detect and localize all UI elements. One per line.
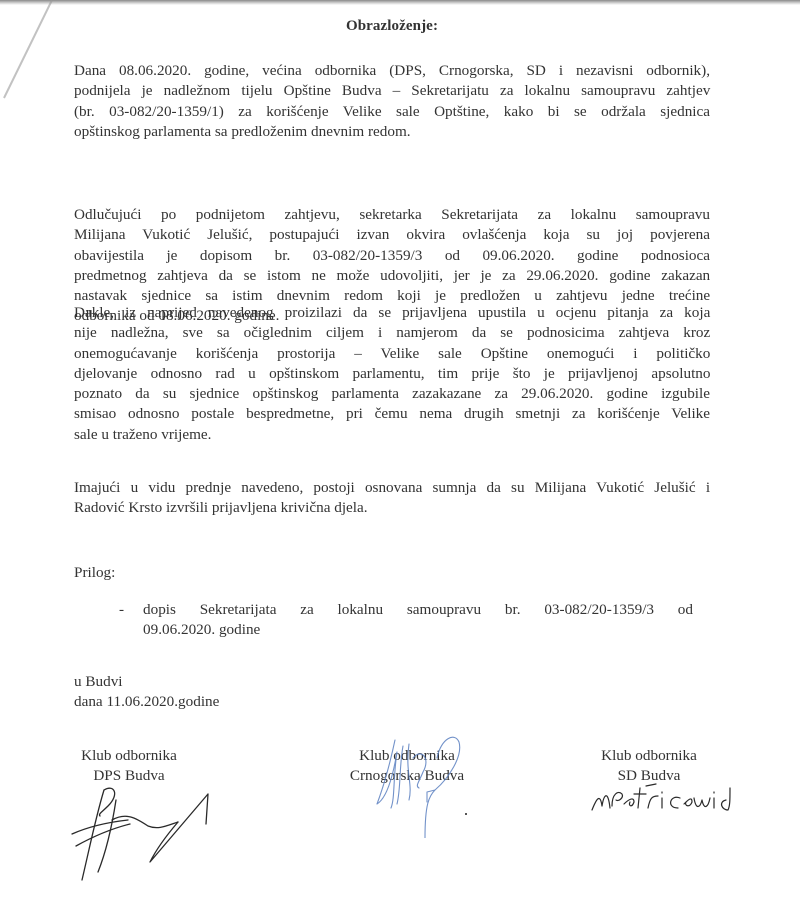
text-line: djelovanje odnosno rad u opštinskom parl… [74, 364, 710, 384]
attachment-label: Prilog: [74, 564, 115, 582]
place: u Budvi [74, 672, 219, 692]
text-line: Dana 08.06.2020. godine, većina odbornik… [74, 61, 710, 81]
text-line: onemogućavanje korišćenja prostorija – V… [74, 344, 710, 364]
text-line: Radović Krsto izvršili prijavljena krivi… [74, 498, 710, 518]
text-line: dopis Sekretarijata za lokalnu samouprav… [143, 600, 693, 620]
text-line: nije nadležna, sve sa očiglednim ciljem … [74, 323, 710, 343]
signatory-sd: Klub odbornika SD Budva [594, 746, 704, 786]
scan-top-edge [0, 0, 800, 5]
text-line: obavijestila je dopisom br. 03-082/20-13… [74, 246, 710, 266]
text-line: sale u traženo vrijeme. [74, 425, 710, 445]
text-line: Odlučujući po podnijetom zahtjevu, sekre… [74, 205, 710, 225]
signatory-line2: Crnogorska Budva [332, 766, 482, 786]
text-line: Dakle, iz naprijed navedenog proizilazi … [74, 303, 710, 323]
signature-dps-icon [70, 776, 230, 886]
scan-fold-line [0, 0, 60, 100]
signatory-dps: Klub odbornika DPS Budva [74, 746, 184, 786]
signatory-line1: Klub odbornika [332, 746, 482, 766]
signatory-line2: DPS Budva [74, 766, 184, 786]
document-title: Obrazloženje: [74, 18, 710, 35]
paragraph-4: Imajući u vidu prednje navedeno, postoji… [74, 478, 710, 519]
text-line: opštinskog parlamenta sa predloženim dne… [74, 122, 710, 142]
text-line: poznato da su sjednice opštinskog parlam… [74, 384, 710, 404]
paragraph-3: Dakle, iz naprijed navedenog proizilazi … [74, 303, 710, 445]
text-line: (br. 03-082/20-1359/1) za korišćenje Vel… [74, 102, 710, 122]
signatory-line2: SD Budva [594, 766, 704, 786]
text-line: podnijela je nadležnom tijelu Opštine Bu… [74, 81, 710, 101]
signatory-line1: Klub odbornika [594, 746, 704, 766]
text-line: Milijana Vukotić Jelušić, postupajući iz… [74, 225, 710, 245]
text-line: predmetnog zahtjeva da se istom ne može … [74, 266, 710, 286]
paragraph-1: Dana 08.06.2020. godine, većina odbornik… [74, 61, 710, 142]
place-date-block: u Budvi dana 11.06.2020.godine [74, 672, 219, 713]
date: dana 11.06.2020.godine [74, 692, 219, 712]
text-line: Imajući u vidu prednje navedeno, postoji… [74, 478, 710, 498]
signatory-crnogorska: Klub odbornika Crnogorska Budva [332, 746, 482, 786]
bullet-dash: - [119, 600, 124, 620]
text-line: 09.06.2020. godine [143, 620, 693, 640]
text-line: smisao odnosno postale bespredmetne, pri… [74, 404, 710, 424]
signatory-line1: Klub odbornika [74, 746, 184, 766]
signature-sd-icon [588, 780, 738, 820]
